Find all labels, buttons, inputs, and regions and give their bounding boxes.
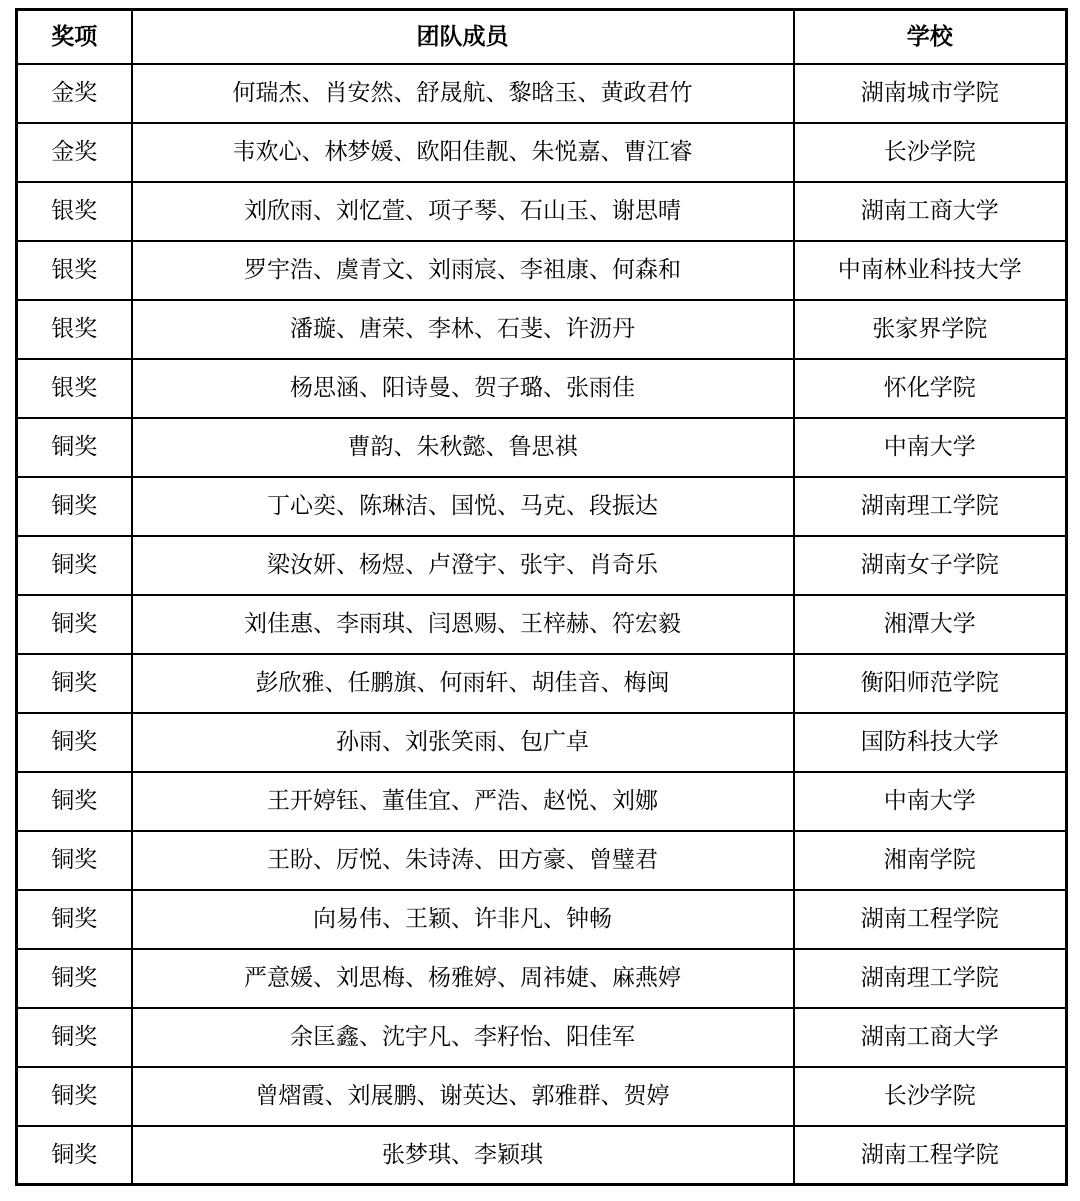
table-row: 铜奖丁心奕、陈琳洁、国悦、马克、段振达湖南理工学院 <box>17 477 1067 536</box>
members-cell: 王盼、厉悦、朱诗涛、田方豪、曾璧君 <box>132 831 794 890</box>
members-cell: 孙雨、刘张笑雨、包广卓 <box>132 713 794 772</box>
award-cell: 铜奖 <box>17 536 132 595</box>
table-row: 铜奖张梦琪、李颖琪湖南工程学院 <box>17 1126 1067 1185</box>
table-row: 银奖潘璇、唐荣、李林、石斐、许沥丹张家界学院 <box>17 300 1067 359</box>
school-cell: 张家界学院 <box>794 300 1067 359</box>
members-cell: 彭欣雅、任鹏旗、何雨轩、胡佳音、梅闽 <box>132 654 794 713</box>
school-cell: 湖南工程学院 <box>794 890 1067 949</box>
award-cell: 银奖 <box>17 359 132 418</box>
members-cell: 杨思涵、阳诗曼、贺子璐、张雨佳 <box>132 359 794 418</box>
members-cell: 刘佳惠、李雨琪、闫恩赐、王梓赫、符宏毅 <box>132 595 794 654</box>
award-cell: 金奖 <box>17 123 132 182</box>
award-cell: 铜奖 <box>17 595 132 654</box>
award-cell: 铜奖 <box>17 713 132 772</box>
award-cell: 铜奖 <box>17 1008 132 1067</box>
members-cell: 王开婷钰、董佳宜、严浩、赵悦、刘娜 <box>132 772 794 831</box>
school-cell: 长沙学院 <box>794 1067 1067 1126</box>
award-cell: 铜奖 <box>17 831 132 890</box>
table-row: 铜奖梁汝妍、杨煜、卢澄宇、张宇、肖奇乐湖南女子学院 <box>17 536 1067 595</box>
school-cell: 湖南城市学院 <box>794 64 1067 123</box>
members-cell: 曹韵、朱秋懿、鲁思祺 <box>132 418 794 477</box>
school-cell: 怀化学院 <box>794 359 1067 418</box>
award-cell: 铜奖 <box>17 1067 132 1126</box>
table-row: 金奖韦欢心、林梦媛、欧阳佳靓、朱悦嘉、曹江睿长沙学院 <box>17 123 1067 182</box>
table-row: 银奖刘欣雨、刘忆萱、项子琴、石山玉、谢思晴湖南工商大学 <box>17 182 1067 241</box>
award-cell: 铜奖 <box>17 418 132 477</box>
school-cell: 湘南学院 <box>794 831 1067 890</box>
table-row: 铜奖曹韵、朱秋懿、鲁思祺中南大学 <box>17 418 1067 477</box>
header-row: 奖项 团队成员 学校 <box>17 10 1067 64</box>
members-cell: 严意媛、刘思梅、杨雅婷、周祎婕、麻燕婷 <box>132 949 794 1008</box>
members-cell: 向易伟、王颖、许非凡、钟畅 <box>132 890 794 949</box>
table-row: 铜奖王盼、厉悦、朱诗涛、田方豪、曾璧君湘南学院 <box>17 831 1067 890</box>
table-row: 金奖何瑞杰、肖安然、舒晟航、黎晗玉、黄政君竹湖南城市学院 <box>17 64 1067 123</box>
school-cell: 湖南女子学院 <box>794 536 1067 595</box>
award-cell: 铜奖 <box>17 949 132 1008</box>
members-cell: 何瑞杰、肖安然、舒晟航、黎晗玉、黄政君竹 <box>132 64 794 123</box>
table-body: 金奖何瑞杰、肖安然、舒晟航、黎晗玉、黄政君竹湖南城市学院金奖韦欢心、林梦媛、欧阳… <box>17 64 1067 1185</box>
school-cell: 中南大学 <box>794 772 1067 831</box>
school-cell: 衡阳师范学院 <box>794 654 1067 713</box>
table-row: 铜奖曾熠霞、刘展鹏、谢英达、郭雅群、贺婷长沙学院 <box>17 1067 1067 1126</box>
table-row: 铜奖彭欣雅、任鹏旗、何雨轩、胡佳音、梅闽衡阳师范学院 <box>17 654 1067 713</box>
school-cell: 湖南工程学院 <box>794 1126 1067 1185</box>
award-cell: 铜奖 <box>17 477 132 536</box>
table-row: 铜奖孙雨、刘张笑雨、包广卓国防科技大学 <box>17 713 1067 772</box>
header-school: 学校 <box>794 10 1067 64</box>
members-cell: 丁心奕、陈琳洁、国悦、马克、段振达 <box>132 477 794 536</box>
school-cell: 长沙学院 <box>794 123 1067 182</box>
school-cell: 湖南理工学院 <box>794 477 1067 536</box>
header-award: 奖项 <box>17 10 132 64</box>
table-row: 铜奖刘佳惠、李雨琪、闫恩赐、王梓赫、符宏毅湘潭大学 <box>17 595 1067 654</box>
awards-table: 奖项 团队成员 学校 金奖何瑞杰、肖安然、舒晟航、黎晗玉、黄政君竹湖南城市学院金… <box>15 8 1068 1186</box>
award-cell: 银奖 <box>17 300 132 359</box>
table-header: 奖项 团队成员 学校 <box>17 10 1067 64</box>
members-cell: 余匡鑫、沈宇凡、李籽怡、阳佳军 <box>132 1008 794 1067</box>
school-cell: 国防科技大学 <box>794 713 1067 772</box>
header-team-members: 团队成员 <box>132 10 794 64</box>
members-cell: 潘璇、唐荣、李林、石斐、许沥丹 <box>132 300 794 359</box>
award-cell: 铜奖 <box>17 654 132 713</box>
members-cell: 刘欣雨、刘忆萱、项子琴、石山玉、谢思晴 <box>132 182 794 241</box>
members-cell: 罗宇浩、虞青文、刘雨宸、李祖康、何森和 <box>132 241 794 300</box>
table-row: 银奖罗宇浩、虞青文、刘雨宸、李祖康、何森和中南林业科技大学 <box>17 241 1067 300</box>
page: 奖项 团队成员 学校 金奖何瑞杰、肖安然、舒晟航、黎晗玉、黄政君竹湖南城市学院金… <box>0 0 1080 1201</box>
award-cell: 铜奖 <box>17 890 132 949</box>
school-cell: 中南林业科技大学 <box>794 241 1067 300</box>
members-cell: 梁汝妍、杨煜、卢澄宇、张宇、肖奇乐 <box>132 536 794 595</box>
table-row: 铜奖严意媛、刘思梅、杨雅婷、周祎婕、麻燕婷湖南理工学院 <box>17 949 1067 1008</box>
award-cell: 金奖 <box>17 64 132 123</box>
table-row: 铜奖余匡鑫、沈宇凡、李籽怡、阳佳军湖南工商大学 <box>17 1008 1067 1067</box>
school-cell: 湖南理工学院 <box>794 949 1067 1008</box>
members-cell: 韦欢心、林梦媛、欧阳佳靓、朱悦嘉、曹江睿 <box>132 123 794 182</box>
award-cell: 银奖 <box>17 241 132 300</box>
award-cell: 银奖 <box>17 182 132 241</box>
school-cell: 湖南工商大学 <box>794 1008 1067 1067</box>
award-cell: 铜奖 <box>17 1126 132 1185</box>
table-row: 铜奖向易伟、王颖、许非凡、钟畅湖南工程学院 <box>17 890 1067 949</box>
table-row: 铜奖王开婷钰、董佳宜、严浩、赵悦、刘娜中南大学 <box>17 772 1067 831</box>
school-cell: 湖南工商大学 <box>794 182 1067 241</box>
members-cell: 张梦琪、李颖琪 <box>132 1126 794 1185</box>
award-cell: 铜奖 <box>17 772 132 831</box>
school-cell: 中南大学 <box>794 418 1067 477</box>
members-cell: 曾熠霞、刘展鹏、谢英达、郭雅群、贺婷 <box>132 1067 794 1126</box>
school-cell: 湘潭大学 <box>794 595 1067 654</box>
table-row: 银奖杨思涵、阳诗曼、贺子璐、张雨佳怀化学院 <box>17 359 1067 418</box>
